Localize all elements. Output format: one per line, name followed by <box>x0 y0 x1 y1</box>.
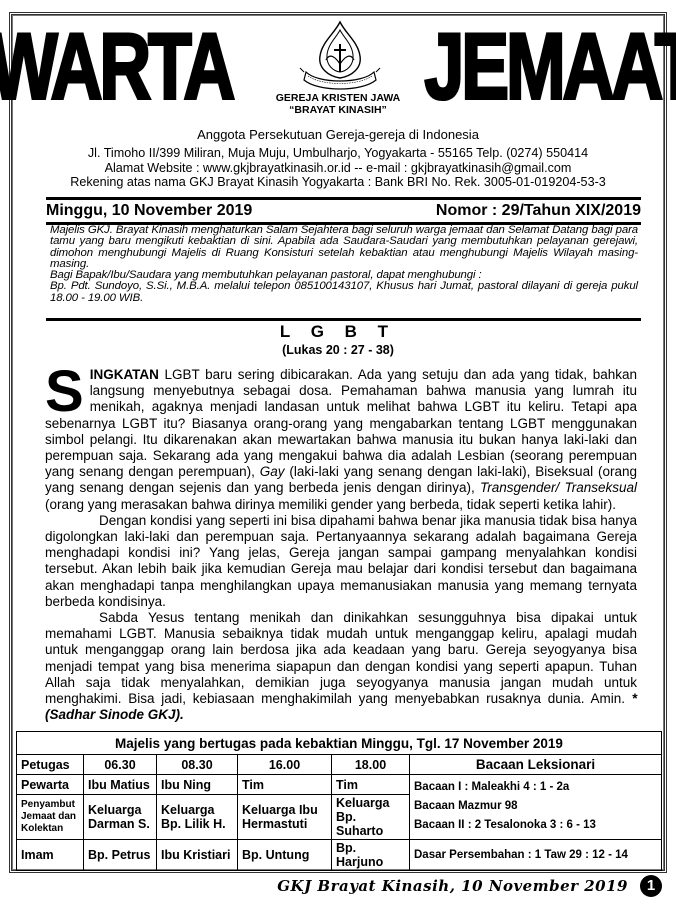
address-line: Jl. Timoho II/399 Miliran, Muja Muju, Um… <box>0 146 676 161</box>
article-paragraph: Dengan kondisi yang seperti ini bisa dip… <box>45 513 637 610</box>
affiliation: Anggota Persekutuan Gereja-gereja di Ind… <box>0 127 676 143</box>
article-paragraph: Sabda Yesus tentang menikah dan dinikahk… <box>45 610 637 723</box>
contact-block: Jl. Timoho II/399 Miliran, Muja Muju, Um… <box>0 146 676 190</box>
role-cell: Penyambut Jemaat dan Kolektan <box>17 795 84 840</box>
lead-word: INGKATAN <box>90 367 159 382</box>
table-cell: Ibu Ning <box>157 775 238 795</box>
header-time: 06.30 <box>84 755 157 775</box>
church-name: GEREJA KRISTEN JAWA “BRAYAT KINASIH” <box>0 92 676 116</box>
table-cell: Keluarga Bp. Lilik H. <box>157 795 238 840</box>
divider <box>46 318 641 321</box>
term-transgender: Transgender/ Transeksual <box>480 480 637 495</box>
pastor-contact-paragraph: Bp. Pdt. Sundoyo, S.Si., M.B.A. melalui … <box>50 281 638 304</box>
article-scripture-reference: (Lukas 20 : 27 - 38) <box>0 343 676 357</box>
table-cell: Bp. Harjuno <box>332 840 410 871</box>
role-cell: Pewarta <box>17 775 84 795</box>
reading-item: Bacaan I : Maleakhi 4 : 1 - 2a <box>414 778 657 797</box>
article-body: SINGKATAN LGBT baru sering dibicarakan. … <box>45 367 637 723</box>
article-paragraph: SINGKATAN LGBT baru sering dibicarakan. … <box>45 367 637 513</box>
role-cell: Imam <box>17 840 84 871</box>
drop-cap: S <box>45 369 84 415</box>
church-name-line1: GEREJA KRISTEN JAWA <box>0 92 676 104</box>
table-cell: Ibu Kristiari <box>157 840 238 871</box>
header-time: 16.00 <box>238 755 332 775</box>
welcome-notice: Majelis GKJ. Brayat Kinasih menghaturkan… <box>50 225 638 304</box>
header-time: 08.30 <box>157 755 238 775</box>
table-cell: Bp. Untung <box>238 840 332 871</box>
website-email-line: Alamat Website : www.gkjbrayatkinasih.or… <box>0 161 676 176</box>
table-cell: Keluarga Darman S. <box>84 795 157 840</box>
table-cell: Keluarga Ibu Hermastuti <box>238 795 332 840</box>
lectionary-readings: Bacaan I : Maleakhi 4 : 1 - 2a Bacaan Ma… <box>410 775 662 840</box>
table-cell: Tim <box>332 775 410 795</box>
table-row: Pewarta Ibu Matius Ibu Ning Tim Tim Baca… <box>17 775 662 795</box>
term-gay: Gay <box>260 464 285 479</box>
offering-basis: Dasar Persembahan : 1 Taw 29 : 12 - 14 <box>410 840 662 871</box>
header-petugas: Petugas <box>17 755 84 775</box>
reading-item: Bacaan Mazmur 98 <box>414 797 657 816</box>
duty-table-title: Majelis yang bertugas pada kebaktian Min… <box>17 732 662 755</box>
table-cell: Bp. Petrus <box>84 840 157 871</box>
church-name-line2: “BRAYAT KINASIH” <box>0 104 676 116</box>
table-cell: Ibu Matius <box>84 775 157 795</box>
issue-date: Minggu, 10 November 2019 <box>46 202 252 219</box>
reading-item: Bacaan II : 2 Tesalonoka 3 : 6 - 13 <box>414 816 657 835</box>
table-row: Imam Bp. Petrus Ibu Kristiari Bp. Untung… <box>17 840 662 871</box>
issue-number: Nomor : 29/Tahun XIX/2019 <box>436 202 641 220</box>
church-emblem-icon <box>298 20 382 94</box>
header-time: 18.00 <box>332 755 410 775</box>
table-cell: Keluarga Bp. Suharto <box>332 795 410 840</box>
article-title: L G B T <box>0 322 676 342</box>
table-cell: Tim <box>238 775 332 795</box>
duty-roster-table: Majelis yang bertugas pada kebaktian Min… <box>16 731 662 871</box>
header-readings: Bacaan Leksionari <box>410 755 662 775</box>
divider <box>46 197 641 200</box>
table-header-row: Petugas 06.30 08.30 16.00 18.00 Bacaan L… <box>17 755 662 775</box>
footer-text: GKJ Brayat Kinasih, 10 November 2019 <box>277 877 628 895</box>
page-number-badge: 1 <box>640 875 662 897</box>
bank-account-line: Rekening atas nama GKJ Brayat Kinasih Yo… <box>0 175 676 190</box>
issue-line: Minggu, 10 November 2019 Nomor : 29/Tahu… <box>46 202 641 220</box>
welcome-paragraph: Majelis GKJ. Brayat Kinasih menghaturkan… <box>50 225 638 270</box>
